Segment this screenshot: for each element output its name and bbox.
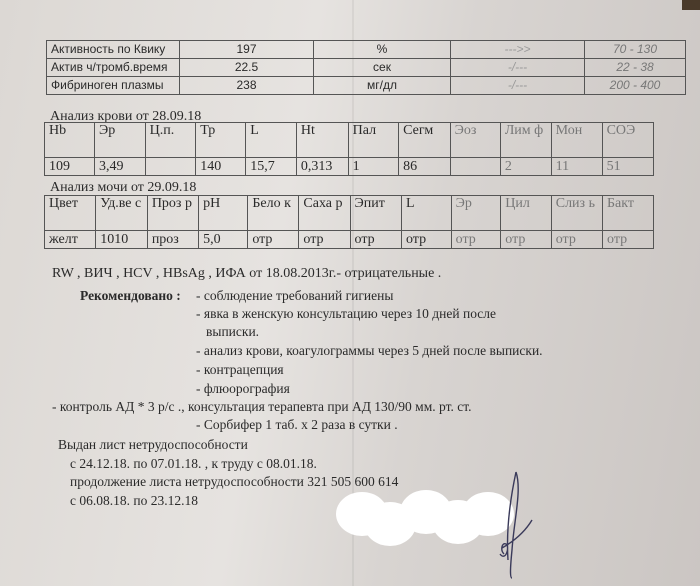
- table-row: Актив ч/тромб.время 22.5 сек -/--- 22 - …: [47, 59, 686, 77]
- table-cell: Бакт: [603, 196, 654, 231]
- cell-flag: -/---: [451, 77, 585, 95]
- table-cell: Саха р: [299, 196, 350, 231]
- urine-test-table: ЦветУд.ве сПроз рpHБело кСаха рЭпитLЭрЦи…: [44, 195, 654, 249]
- table-cell: L: [401, 196, 451, 231]
- cell-name: Фибриноген плазмы: [47, 77, 180, 95]
- recommendation-item: - соблюдение требований гигиены: [196, 288, 393, 304]
- table-cell: [450, 158, 500, 176]
- table-cell: Эр: [95, 123, 146, 158]
- table-cell: Эоз: [450, 123, 500, 158]
- cell-unit: мг/дл: [314, 77, 451, 95]
- recommendation-item: - анализ крови, коагулограммы через 5 дн…: [196, 343, 543, 359]
- table-cell: Цвет: [45, 196, 96, 231]
- cell-value: 22.5: [180, 59, 314, 77]
- signature: [496, 470, 536, 580]
- table-cell: отр: [603, 231, 654, 249]
- table-cell: Бело к: [248, 196, 299, 231]
- table-cell: [145, 158, 196, 176]
- table-cell: желт: [45, 231, 96, 249]
- header-row: HbЭрЦ.п.ТрLHtПалСегмЭозЛим фМонСОЭ: [45, 123, 654, 158]
- header-row: ЦветУд.ве сПроз рpHБело кСаха рЭпитLЭрЦи…: [45, 196, 654, 231]
- table-cell: отр: [501, 231, 551, 249]
- table-cell: 86: [399, 158, 451, 176]
- table-cell: 140: [196, 158, 246, 176]
- cell-ref: 70 - 130: [585, 41, 686, 59]
- table-cell: Эр: [451, 196, 501, 231]
- table-cell: отр: [248, 231, 299, 249]
- table-cell: 5,0: [199, 231, 248, 249]
- table-cell: Лим ф: [500, 123, 551, 158]
- cell-value: 238: [180, 77, 314, 95]
- table-cell: Проз р: [147, 196, 198, 231]
- table-cell: Мон: [551, 123, 602, 158]
- table-cell: Ц.п.: [145, 123, 196, 158]
- cell-name: Актив ч/тромб.время: [47, 59, 180, 77]
- urine-test-caption: Анализ мочи от 29.09.18: [50, 180, 196, 196]
- table-cell: Hb: [45, 123, 95, 158]
- table-cell: отр: [401, 231, 451, 249]
- table-cell: отр: [299, 231, 350, 249]
- bp-control-line: - контроль АД * 3 р/с ., консультация те…: [52, 399, 471, 415]
- blood-test-table: HbЭрЦ.п.ТрLHtПалСегмЭозЛим фМонСОЭ 1093,…: [44, 122, 654, 176]
- cell-ref: 22 - 38: [585, 59, 686, 77]
- sorbifer-line: - Сорбифер 1 таб. х 2 раза в сутки .: [196, 417, 398, 433]
- sick-leave-title: Выдан лист нетрудоспособности: [58, 437, 248, 453]
- sick-leave-continuation: продолжение листа нетрудоспособности 321…: [70, 474, 398, 490]
- table-row: Активность по Квику 197 % --->> 70 - 130: [47, 41, 686, 59]
- table-cell: 1: [348, 158, 398, 176]
- table-cell: pH: [199, 196, 248, 231]
- table-cell: Ht: [296, 123, 348, 158]
- serology-line: RW , ВИЧ , HCV , HBsAg , ИФА от 18.08.20…: [52, 266, 441, 282]
- table-cell: отр: [551, 231, 602, 249]
- table-cell: 1010: [96, 231, 148, 249]
- table-cell: Цил: [501, 196, 551, 231]
- cell-unit: %: [314, 41, 451, 59]
- table-cell: Уд.ве с: [96, 196, 148, 231]
- table-cell: 11: [551, 158, 602, 176]
- table-cell: L: [246, 123, 297, 158]
- table-cell: Пал: [348, 123, 398, 158]
- cell-flag: -/---: [451, 59, 585, 77]
- table-cell: 109: [45, 158, 95, 176]
- recommendation-item: - флюорография: [196, 381, 290, 397]
- table-cell: СОЭ: [602, 123, 653, 158]
- cell-value: 197: [180, 41, 314, 59]
- value-row: желт1010проз5,0отротротротротротротротр: [45, 231, 654, 249]
- coagulogram-table: Активность по Квику 197 % --->> 70 - 130…: [46, 40, 686, 95]
- recommendation-item: выписки.: [206, 324, 259, 340]
- value-row: 1093,4914015,70,31318621151: [45, 158, 654, 176]
- recommendation-item: - явка в женскую консультацию через 10 д…: [196, 306, 496, 322]
- table-row: Фибриноген плазмы 238 мг/дл -/--- 200 - …: [47, 77, 686, 95]
- table-cell: отр: [350, 231, 401, 249]
- table-cell: Сегм: [399, 123, 451, 158]
- table-cell: Слиз ь: [551, 196, 602, 231]
- table-cell: 3,49: [95, 158, 146, 176]
- table-cell: 15,7: [246, 158, 297, 176]
- cell-ref: 200 - 400: [585, 77, 686, 95]
- sick-leave-period: с 24.12.18. по 07.01.18. , к труду с 08.…: [70, 456, 317, 472]
- background-edge: [682, 0, 700, 10]
- table-cell: 51: [602, 158, 653, 176]
- table-cell: 2: [500, 158, 551, 176]
- cell-unit: сек: [314, 59, 451, 77]
- table-cell: проз: [147, 231, 198, 249]
- table-cell: 0,313: [296, 158, 348, 176]
- table-cell: Тр: [196, 123, 246, 158]
- cell-flag: --->>: [451, 41, 585, 59]
- recommendations-label: Рекомендовано :: [80, 288, 181, 304]
- sick-leave-prev-period: с 06.08.18. по 23.12.18: [70, 493, 198, 509]
- table-cell: отр: [451, 231, 501, 249]
- cell-name: Активность по Квику: [47, 41, 180, 59]
- table-cell: Эпит: [350, 196, 401, 231]
- recommendation-item: - контрацепция: [196, 362, 284, 378]
